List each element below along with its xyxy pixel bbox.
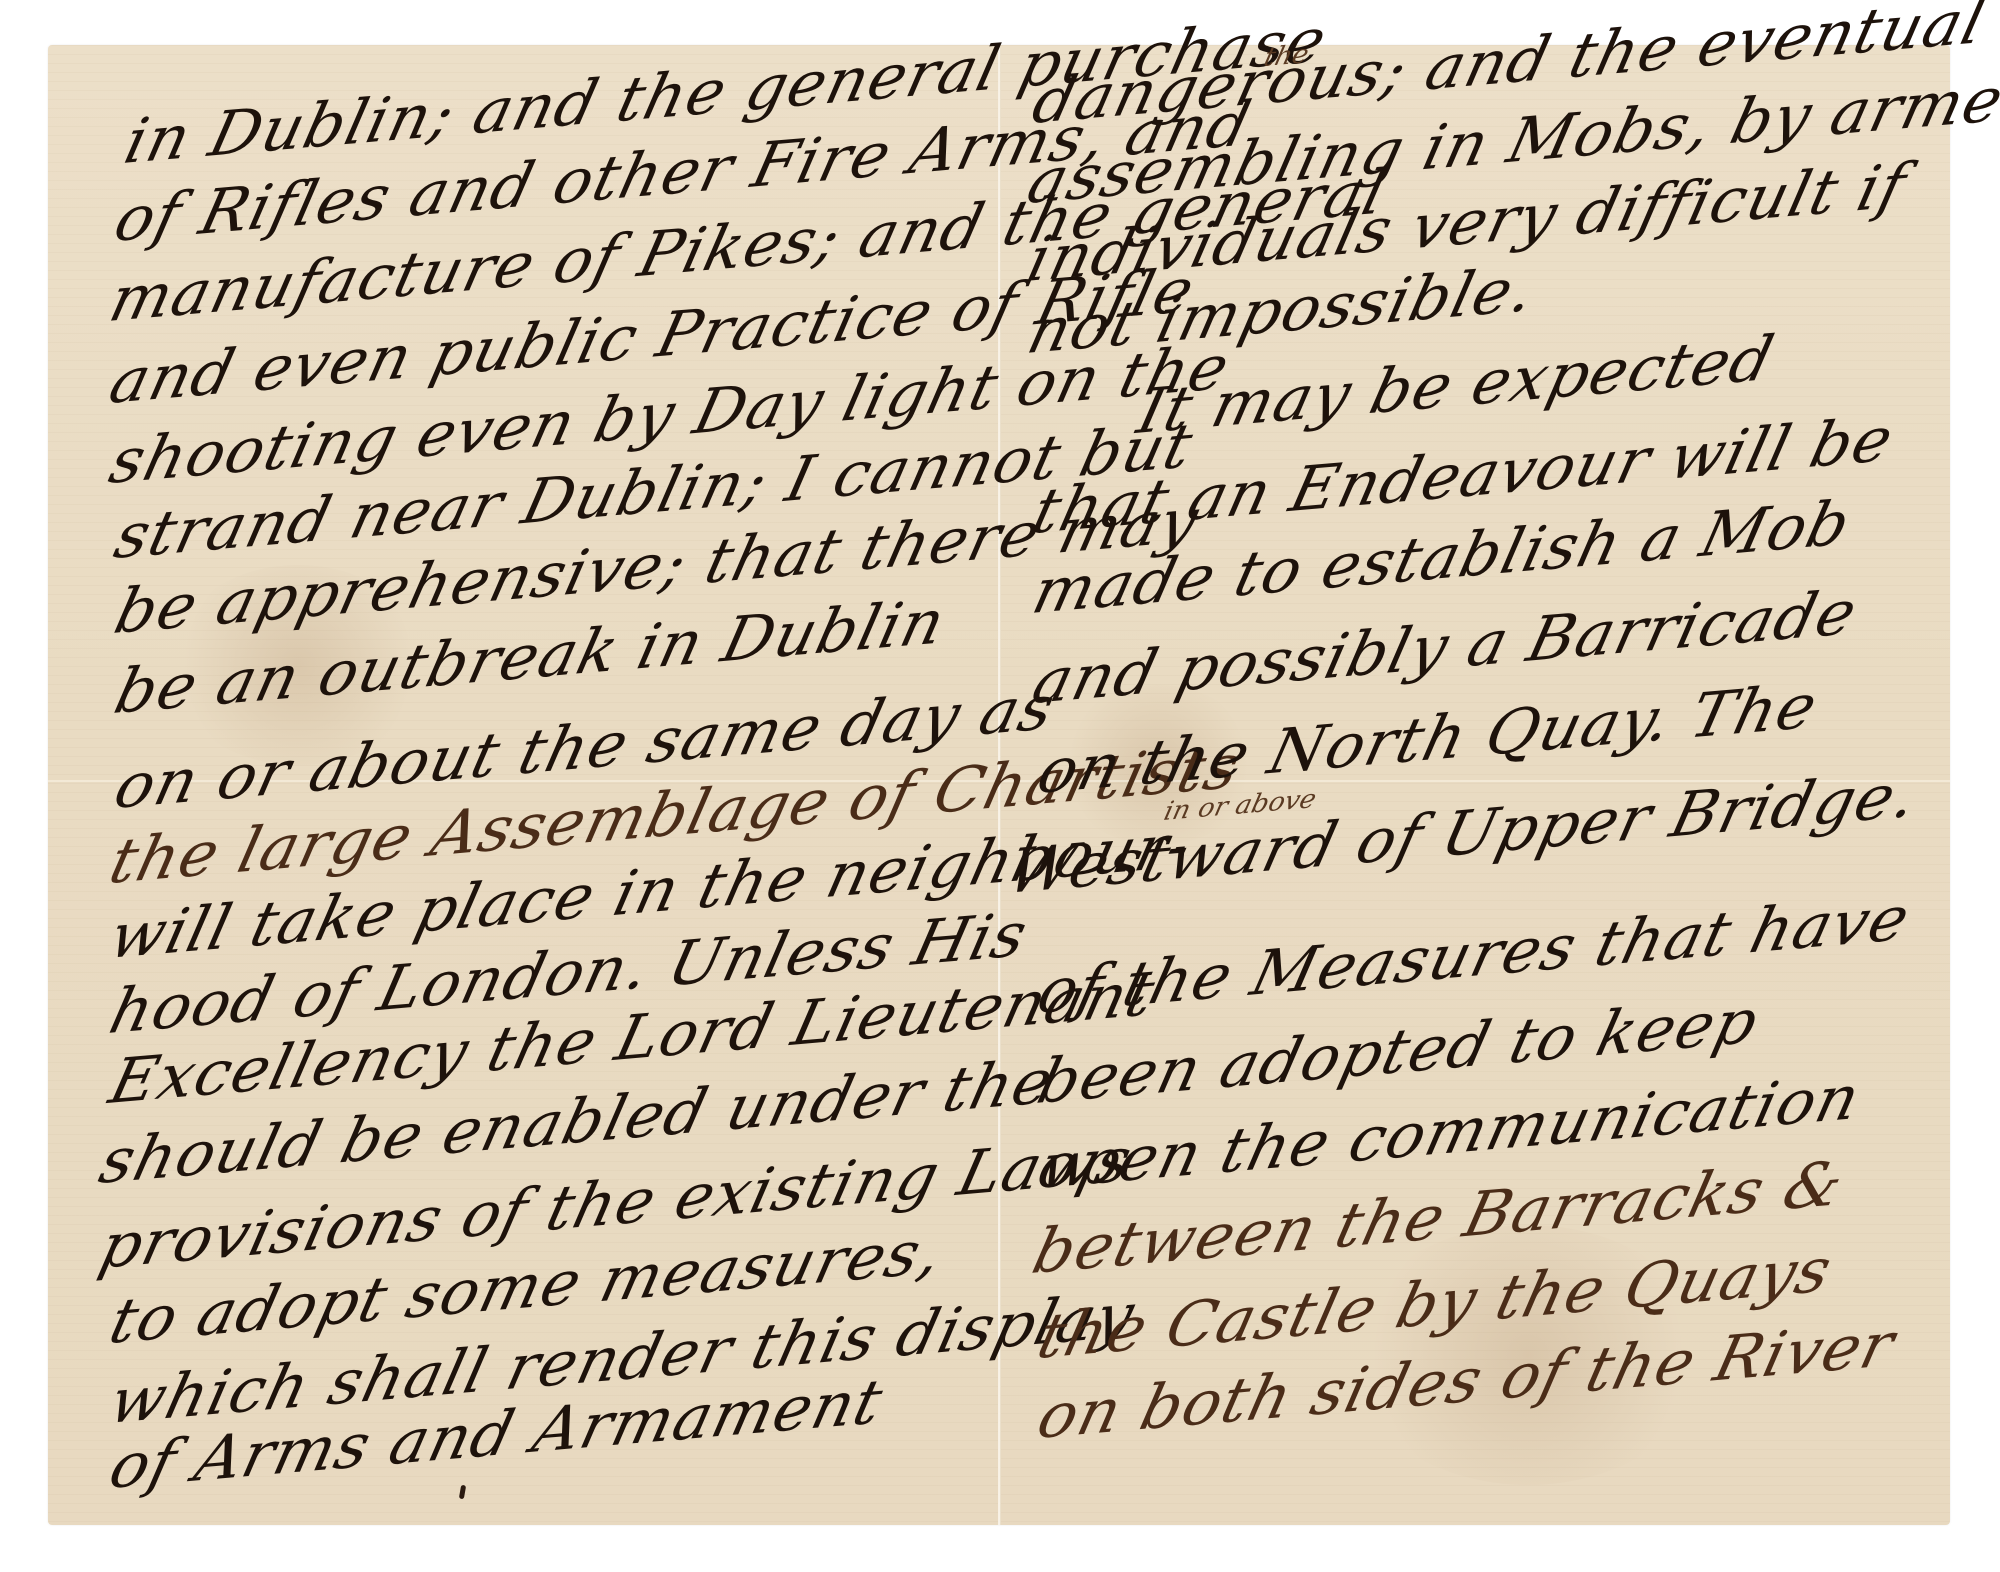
right-page: the dangerous; and the eventual assembli… <box>1001 45 1950 1525</box>
ink-mark <box>459 1485 466 1500</box>
letter-sheet: in Dublin; and the general purchase of R… <box>48 45 1950 1525</box>
left-page: in Dublin; and the general purchase of R… <box>48 45 998 1525</box>
handwritten-line: of the Measures that have <box>1031 881 1917 1028</box>
